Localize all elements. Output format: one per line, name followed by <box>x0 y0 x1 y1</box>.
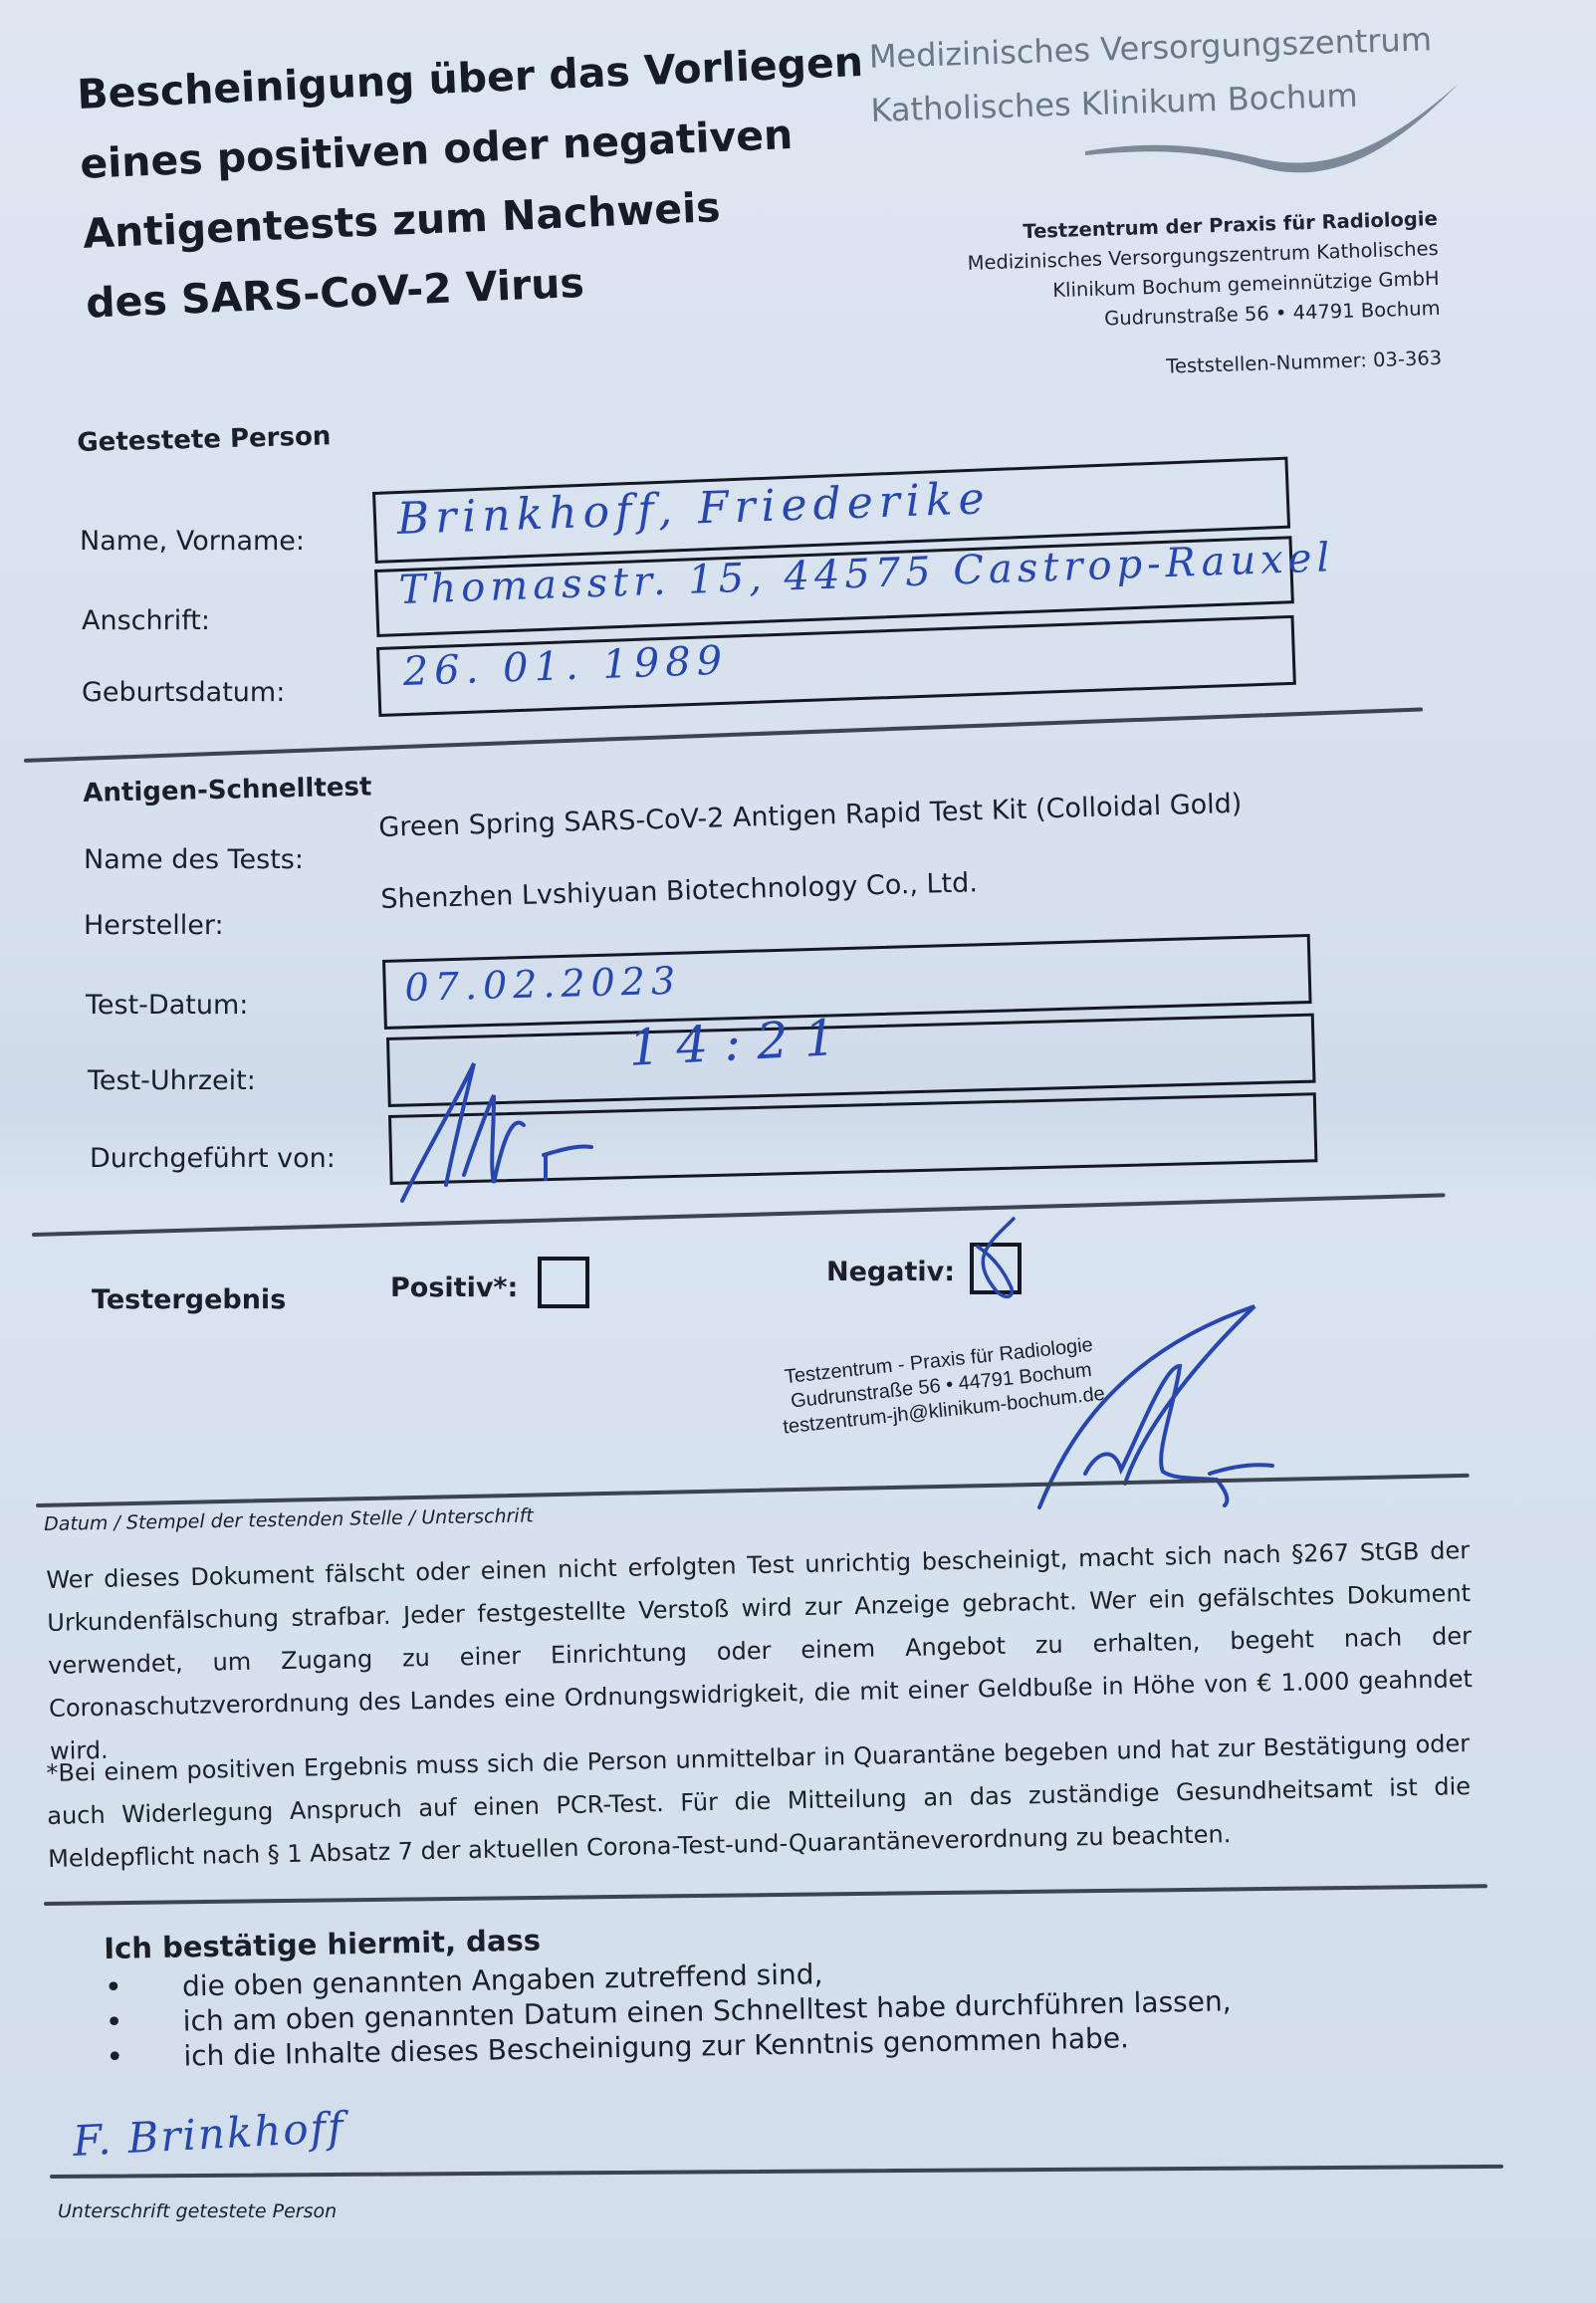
stamp-caption: Datum / Stempel der testenden Stelle / U… <box>44 1504 534 1535</box>
certificate-document: Bescheinigung über das Vorliegen eines p… <box>0 0 1596 2303</box>
brand-swoosh-icon <box>1085 80 1464 189</box>
name-label: Name, Vorname: <box>80 526 305 557</box>
positive-label: Positiv*: <box>390 1272 518 1303</box>
section-divider <box>44 1884 1487 1906</box>
teststelle-number: Teststellen-Nummer: 03-363 <box>970 344 1442 388</box>
negative-checkbox[interactable] <box>970 1243 1022 1294</box>
section-divider <box>24 707 1423 763</box>
test-heading: Antigen-Schnelltest <box>83 772 372 808</box>
manufacturer-label: Hersteller: <box>84 910 224 941</box>
teststelle-value: 03-363 <box>1372 346 1442 371</box>
test-time-label: Test-Uhrzeit: <box>88 1065 256 1096</box>
performer-signature <box>394 1055 613 1205</box>
positive-checkbox[interactable] <box>538 1257 589 1308</box>
document-title: Bescheinigung über das Vorliegen eines p… <box>76 28 843 339</box>
confirmation-block: Ich bestätige hiermit, dass die oben gen… <box>104 1910 1233 2075</box>
test-time-value: 14:21 <box>627 1008 853 1077</box>
negative-label: Negativ: <box>826 1257 955 1287</box>
organization-address: Testzentrum der Praxis für Radiologie Me… <box>966 204 1442 388</box>
test-date-label: Test-Datum: <box>86 990 248 1021</box>
signature-line <box>50 2165 1503 2179</box>
confirmation-list: die oben genannten Angaben zutreffend si… <box>105 1949 1233 2075</box>
person-signature: F. Brinkhoff <box>72 2103 346 2166</box>
teststelle-label: Teststellen-Nummer: <box>1166 348 1367 377</box>
manufacturer-value: Shenzhen Lvshiyuan Biotechnology Co., Lt… <box>380 867 978 915</box>
test-date-value: 07.02.2023 <box>404 959 682 1010</box>
result-heading: Testergebnis <box>92 1284 286 1315</box>
address-label: Anschrift: <box>82 605 210 636</box>
section-divider <box>32 1193 1446 1237</box>
birthdate-label: Geburtsdatum: <box>82 677 285 708</box>
performed-by-label: Durchgeführt von: <box>90 1143 336 1174</box>
test-name-value: Green Spring SARS-CoV-2 Antigen Rapid Te… <box>378 789 1243 843</box>
checkmark-icon <box>966 1217 1035 1306</box>
person-heading: Getestete Person <box>77 421 332 458</box>
test-name-label: Name des Tests: <box>84 844 304 875</box>
signature-caption: Unterschrift getestete Person <box>58 2200 337 2222</box>
